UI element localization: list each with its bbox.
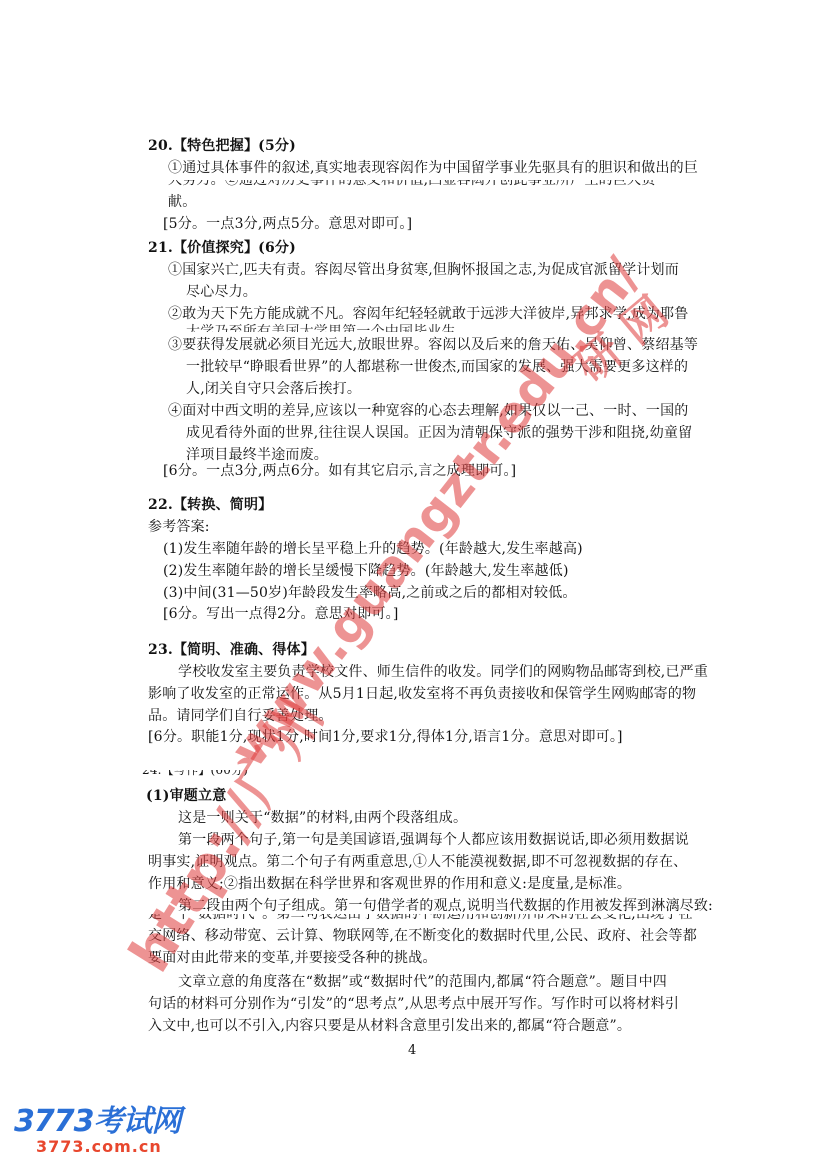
q24-para-3b: 是一个“数据时代”。第二句表达由于数据的不断运用和创新所带来的社会变化,出现了社 (148, 914, 708, 923)
logo-main-text: 3773考试网 (14, 1106, 181, 1138)
q21-point-4a: ④面对中西文明的差异,应该以一种宽容的心态去理解,如果仅以一己、一时、一国的 (168, 402, 689, 420)
q21-score: [6分。一点3分,两点6分。如有其它启示,言之成理即可。] (163, 462, 516, 480)
q24-heading: 24.【写作】(60分) (142, 770, 292, 779)
q24-heading-clipped: 24.【写作】(60分) (142, 770, 292, 779)
q20-line-1: ①通过具体事件的叙述,真实地表现容闳作为中国留学事业先驱具有的胆识和做出的巨 (168, 159, 698, 177)
q21-point-4b: 成见看待外面的世界,往往误人误国。正因为清朝保守派的强势干涉和阻挠,幼童留 (186, 424, 692, 442)
q22-reference-label: 参考答案: (148, 518, 210, 536)
q23-line-3: 品。请同学们自行妥善处理。 (148, 707, 333, 725)
q24-para-1: 这是一则关于“数据”的材料,由两个段落组成。 (178, 809, 467, 827)
q20-score: [5分。一点3分,两点5分。意思对即可。] (163, 215, 412, 233)
q22-heading: 22.【转换、简明】 (148, 496, 272, 514)
q24-para-3c: 交网络、移动带宽、云计算、物联网等,在不断变化的数据时代里,公民、政府、社会等都 (148, 927, 697, 945)
page-number: 4 (408, 1043, 416, 1058)
q24-para-4a: 文章立意的角度落在“数据”或“数据时代”的范围内,都属“符合题意”。题目中四 (178, 973, 667, 991)
q22-answer-2: (2)发生率随年龄的增长呈缓慢下降趋势。(年龄越大,发生率越低) (163, 562, 569, 580)
q23-line-2: 影响了收发室的正常运作。从5月1日起,收发室将不再负责接收和保管学生网购邮寄的物 (148, 685, 696, 703)
q21-point-3b: 一批较早“睁眼看世界”的人都堪称一世俊杰,而国家的发展、强大需要更多这样的 (186, 358, 688, 376)
q24-para-3d: 要面对由此带来的变革,并要接受各种的挑战。 (148, 949, 437, 967)
q20-heading: 20.【特色把握】(5分) (148, 137, 296, 155)
q24-para-3a: 第二段由两个句子组成。第一句借学者的观点,说明当代数据的作用被发挥到淋漓尽致: (178, 897, 713, 915)
q21-point-3a: ③要获得发展就必须目光远大,放眼世界。容闳以及后来的詹天佑、吴仰曾、蔡绍基等 (168, 336, 698, 354)
q24-para-2b: 明事实,证明观点。第二个句子有两重意思,①人不能漠视数据,即不可忽视数据的存在、 (148, 853, 687, 871)
q21-point-1a: ①国家兴亡,匹夫有责。容闳尽管出身贫寒,但胸怀报国之志,为促成官派留学计划而 (168, 261, 679, 279)
q24-para-2a: 第一段两个句子,第一句是美国谚语,强调每个人都应该用数据说话,即必须用数据说 (178, 831, 689, 849)
q23-heading: 23.【简明、准确、得体】 (148, 641, 315, 659)
q24-para-2c: 作用和意义;②指出数据在科学世界和客观世界的作用和意义:是度量,是标准。 (148, 875, 631, 893)
q22-answer-3: (3)中间(31—50岁)年龄段发生率略高,之前或之后的都相对较低。 (163, 584, 577, 602)
q21-point-2a: ②敢为天下先方能成就不凡。容闳年纪轻轻就敢于远涉大洋彼岸,异邦求学,成为耶鲁 (168, 305, 689, 323)
q20-line-2-clipped: 大努力。②通过对历史事件的意义和价值,凸显容闳开创此事业所产生的巨大贡 (168, 180, 713, 189)
q21-point-2b: 大学乃至所有美国大学里第一个中国毕业生 (186, 323, 486, 332)
q24-para-3b-clipped: 是一个“数据时代”。第二句表达由于数据的不断运用和创新所带来的社会变化,出现了社 (148, 914, 708, 923)
q24-para-4b: 句话的材料可分别作为“引发”的“思考点”,从思考点中展开写作。写作时可以将材料引 (148, 995, 679, 1013)
q24-subheading: (1)审题立意 (146, 787, 226, 805)
document-page: 20.【特色把握】(5分) ①通过具体事件的叙述,真实地表现容闳作为中国留学事业… (0, 0, 827, 1169)
q24-para-4c: 入文中,也可以不引入,内容只要是从材料含意里引发出来的,都属“符合题意”。 (148, 1017, 631, 1035)
q21-point-3c: 人,闭关自守只会落后挨打。 (186, 380, 361, 398)
q22-score: [6分。写出一点得2分。意思对即可。] (163, 605, 399, 623)
q20-line-3: 献。 (168, 193, 196, 211)
q21-point-1b: 尽心尽力。 (186, 283, 257, 301)
q21-heading: 21.【价值探究】(6分) (148, 239, 296, 257)
q23-score: [6分。职能1分,现状1分,时间1分,要求1分,得体1分,语言1分。意思对即可。… (148, 728, 623, 746)
q23-line-1: 学校收发室主要负责学校文件、师生信件的收发。同学们的网购物品邮寄到校,已严重 (178, 663, 708, 681)
logo-domain-text: 3773.com.cn (36, 1138, 181, 1156)
q20-line-2: 大努力。②通过对历史事件的意义和价值,凸显容闳开创此事业所产生的巨大贡 (168, 180, 713, 189)
site-logo[interactable]: 3773考试网 3773.com.cn (14, 1106, 181, 1156)
q22-answer-1: (1)发生率随年龄的增长呈平稳上升的趋势。(年龄越大,发生率越高) (163, 540, 583, 558)
